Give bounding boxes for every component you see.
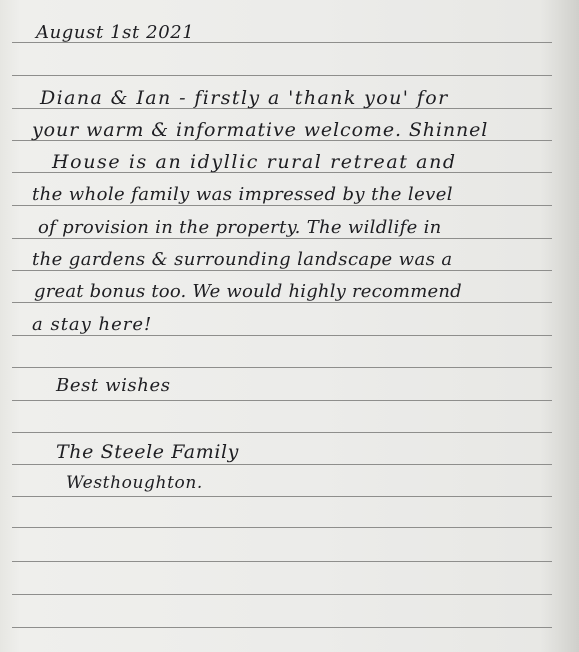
- location: Westhoughton.: [66, 475, 203, 492]
- guestbook-page: August 1st 2021 Diana & Ian - firstly a …: [0, 0, 579, 652]
- ruled-line: [12, 205, 552, 206]
- ruled-line: [12, 627, 552, 628]
- body-line: House is an idyllic rural retreat and: [52, 153, 457, 172]
- signature: The Steele Family: [56, 443, 239, 462]
- closing: Best wishes: [56, 377, 171, 395]
- body-line: the whole family was impressed by the le…: [32, 186, 453, 204]
- body-line: your warm & informative welcome. Shinnel: [32, 121, 488, 140]
- ruled-line: [12, 367, 552, 368]
- body-line: the gardens & surrounding landscape was …: [32, 251, 453, 269]
- body-line: a stay here!: [32, 316, 152, 334]
- ruled-line: [12, 238, 552, 239]
- ruled-line: [12, 464, 552, 465]
- ruled-line: [12, 432, 552, 433]
- ruled-line: [12, 496, 552, 497]
- body-line: of provision in the property. The wildli…: [38, 219, 442, 237]
- entry-date: August 1st 2021: [36, 24, 194, 42]
- ruled-line: [12, 594, 552, 595]
- ruled-line: [12, 527, 552, 528]
- body-line: great bonus too. We would highly recomme…: [34, 283, 462, 301]
- ruled-line: [12, 400, 552, 401]
- ruled-line: [12, 270, 552, 271]
- ruled-line: [12, 302, 552, 303]
- ruled-line: [12, 75, 552, 76]
- body-line: Diana & Ian - firstly a 'thank you' for: [40, 89, 449, 108]
- ruled-line: [12, 335, 552, 336]
- ruled-line: [12, 561, 552, 562]
